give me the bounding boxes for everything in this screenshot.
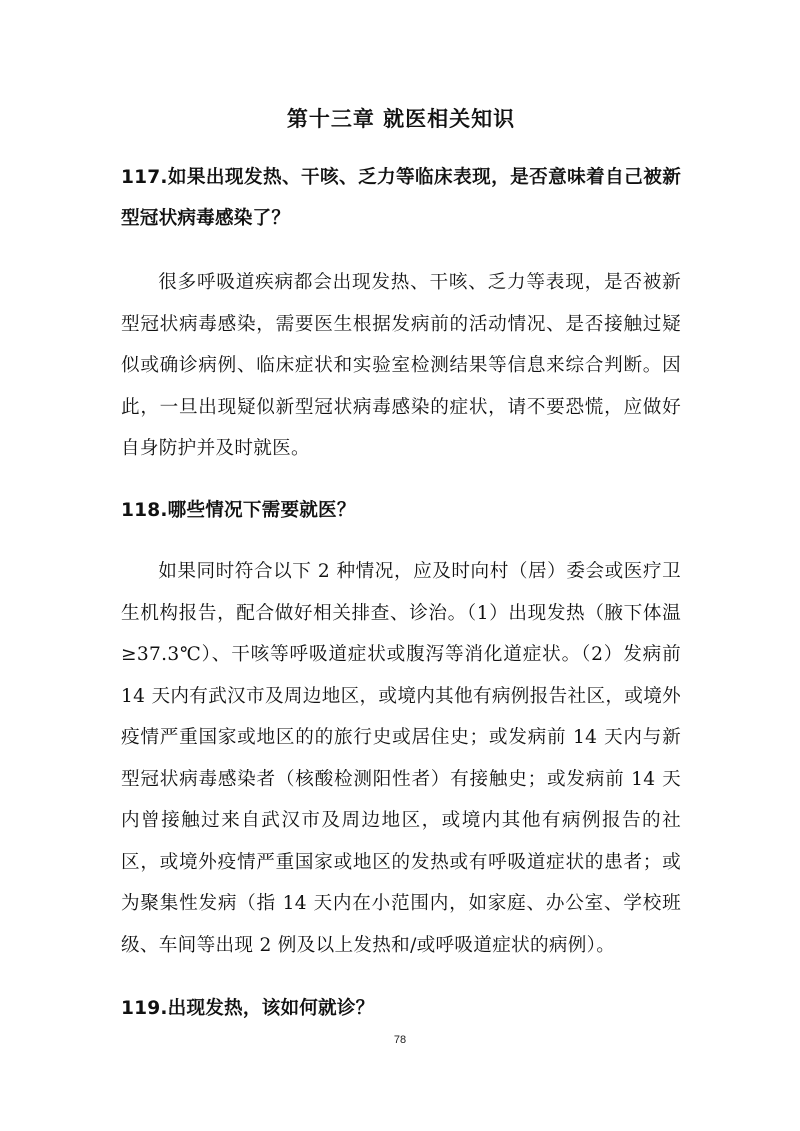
page-number: 78: [0, 1034, 800, 1046]
question-119-heading: 119.出现发热，该如何就诊？: [121, 988, 681, 1029]
question-118-heading: 118.哪些情况下需要就医？: [121, 490, 681, 531]
answer-117-paragraph: 很多呼吸道疾病都会出现发热、干咳、乏力等表现，是否被新型冠状病毒感染，需要医生根…: [121, 262, 681, 470]
answer-118-paragraph: 如果同时符合以下 2 种情况，应及时向村（居）委会或医疗卫生机构报告，配合做好相…: [121, 551, 681, 966]
question-117-heading: 117.如果出现发热、干咳、乏力等临床表现，是否意味着自己被新型冠状病毒感染了？: [121, 157, 681, 239]
chapter-title: 第十三章 就医相关知识: [121, 104, 681, 134]
